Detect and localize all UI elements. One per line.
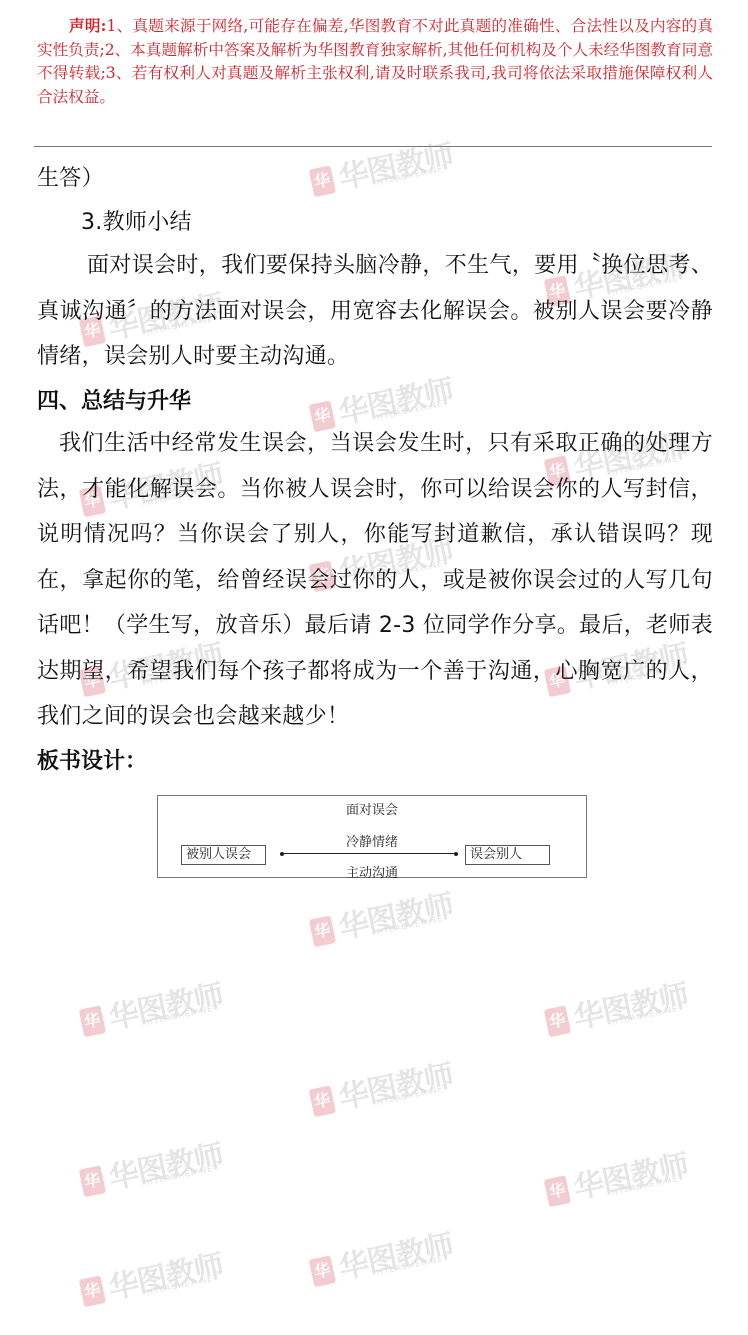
watermark-site: HTEACHER.NET xyxy=(146,1163,220,1187)
section3-title: 3.教师小结 xyxy=(37,200,713,246)
watermark: 华华图教师HTEACHER.NET xyxy=(76,1125,234,1211)
watermark-brand: 华图教师 xyxy=(334,880,457,947)
watermark-site: HTEACHER.NET xyxy=(146,1003,220,1027)
board-top-label: 面对误会 xyxy=(158,799,586,818)
watermark-logo-icon: 华 xyxy=(309,915,336,947)
board-left-box: 被别人误会 xyxy=(181,845,266,865)
watermark-brand: 华图教师 xyxy=(104,970,227,1037)
watermark-site: HTEACHER.NET xyxy=(376,398,450,422)
watermark: 华华图教师HTEACHER.NET xyxy=(76,965,234,1051)
watermark-site: HTEACHER.NET xyxy=(376,1253,450,1277)
watermark: 华华图教师HTEACHER.NET xyxy=(306,1215,464,1301)
board-right-box: 误会别人 xyxy=(465,845,550,865)
watermark: 华华图教师HTEACHER.NET xyxy=(306,875,464,961)
header-divider xyxy=(34,146,712,147)
watermark-logo-icon: 华 xyxy=(79,1275,106,1307)
watermark-logo-icon: 华 xyxy=(79,1005,106,1037)
watermark-site: HTEACHER.NET xyxy=(611,1173,685,1197)
watermark-brand: 华图教师 xyxy=(569,970,692,1037)
section4-heading: 四、总结与升华 xyxy=(37,384,191,415)
disclaimer-text: 1、真题来源于网络,可能存在偏差,华图教育不对此真题的准确性、合法性以及内容的真… xyxy=(37,17,713,106)
watermark: 华华图教师HTEACHER.NET xyxy=(306,1045,464,1131)
watermark-logo-icon: 华 xyxy=(544,1005,571,1037)
watermark-brand: 华图教师 xyxy=(104,1240,227,1307)
watermark: 华华图教师HTEACHER.NET xyxy=(76,1235,234,1321)
watermark-logo-icon: 华 xyxy=(79,1165,106,1197)
section4-paragraph: 我们生活中经常发生误会，当误会发生时，只有采取正确的处理方法，才能化解误会。当你… xyxy=(37,421,713,740)
watermark-logo-icon: 华 xyxy=(309,1085,336,1117)
board-design-diagram: 面对误会 冷静情绪 主动沟通 被别人误会 误会别人 xyxy=(157,795,587,878)
watermark-brand: 华图教师 xyxy=(334,1220,457,1287)
board-design-heading: 板书设计： xyxy=(37,744,147,775)
watermark-brand: 华图教师 xyxy=(104,1130,227,1197)
continuation-text: 生答） xyxy=(37,156,713,202)
watermark-site: HTEACHER.NET xyxy=(611,1003,685,1027)
watermark-brand: 华图教师 xyxy=(334,1050,457,1117)
watermark-logo-icon: 华 xyxy=(309,1255,336,1287)
disclaimer-lead: 声明: xyxy=(69,16,106,35)
watermark-site: HTEACHER.NET xyxy=(376,1083,450,1107)
watermark: 华华图教师HTEACHER.NET xyxy=(541,1135,699,1221)
watermark-site: HTEACHER.NET xyxy=(146,1273,220,1297)
section3-paragraph: 面对误会时，我们要保持头脑冷静，不生气，要用〝换位思考、真诚沟通〞的方法面对误会… xyxy=(37,243,713,380)
disclaimer-notice: 声明:1、真题来源于网络,可能存在偏差,华图教育不对此真题的准确性、合法性以及内… xyxy=(37,14,713,109)
watermark-brand: 华图教师 xyxy=(569,1140,692,1207)
double-arrow-icon xyxy=(282,853,456,854)
watermark: 华华图教师HTEACHER.NET xyxy=(541,965,699,1051)
watermark-logo-icon: 华 xyxy=(544,1175,571,1207)
watermark-site: HTEACHER.NET xyxy=(376,913,450,937)
